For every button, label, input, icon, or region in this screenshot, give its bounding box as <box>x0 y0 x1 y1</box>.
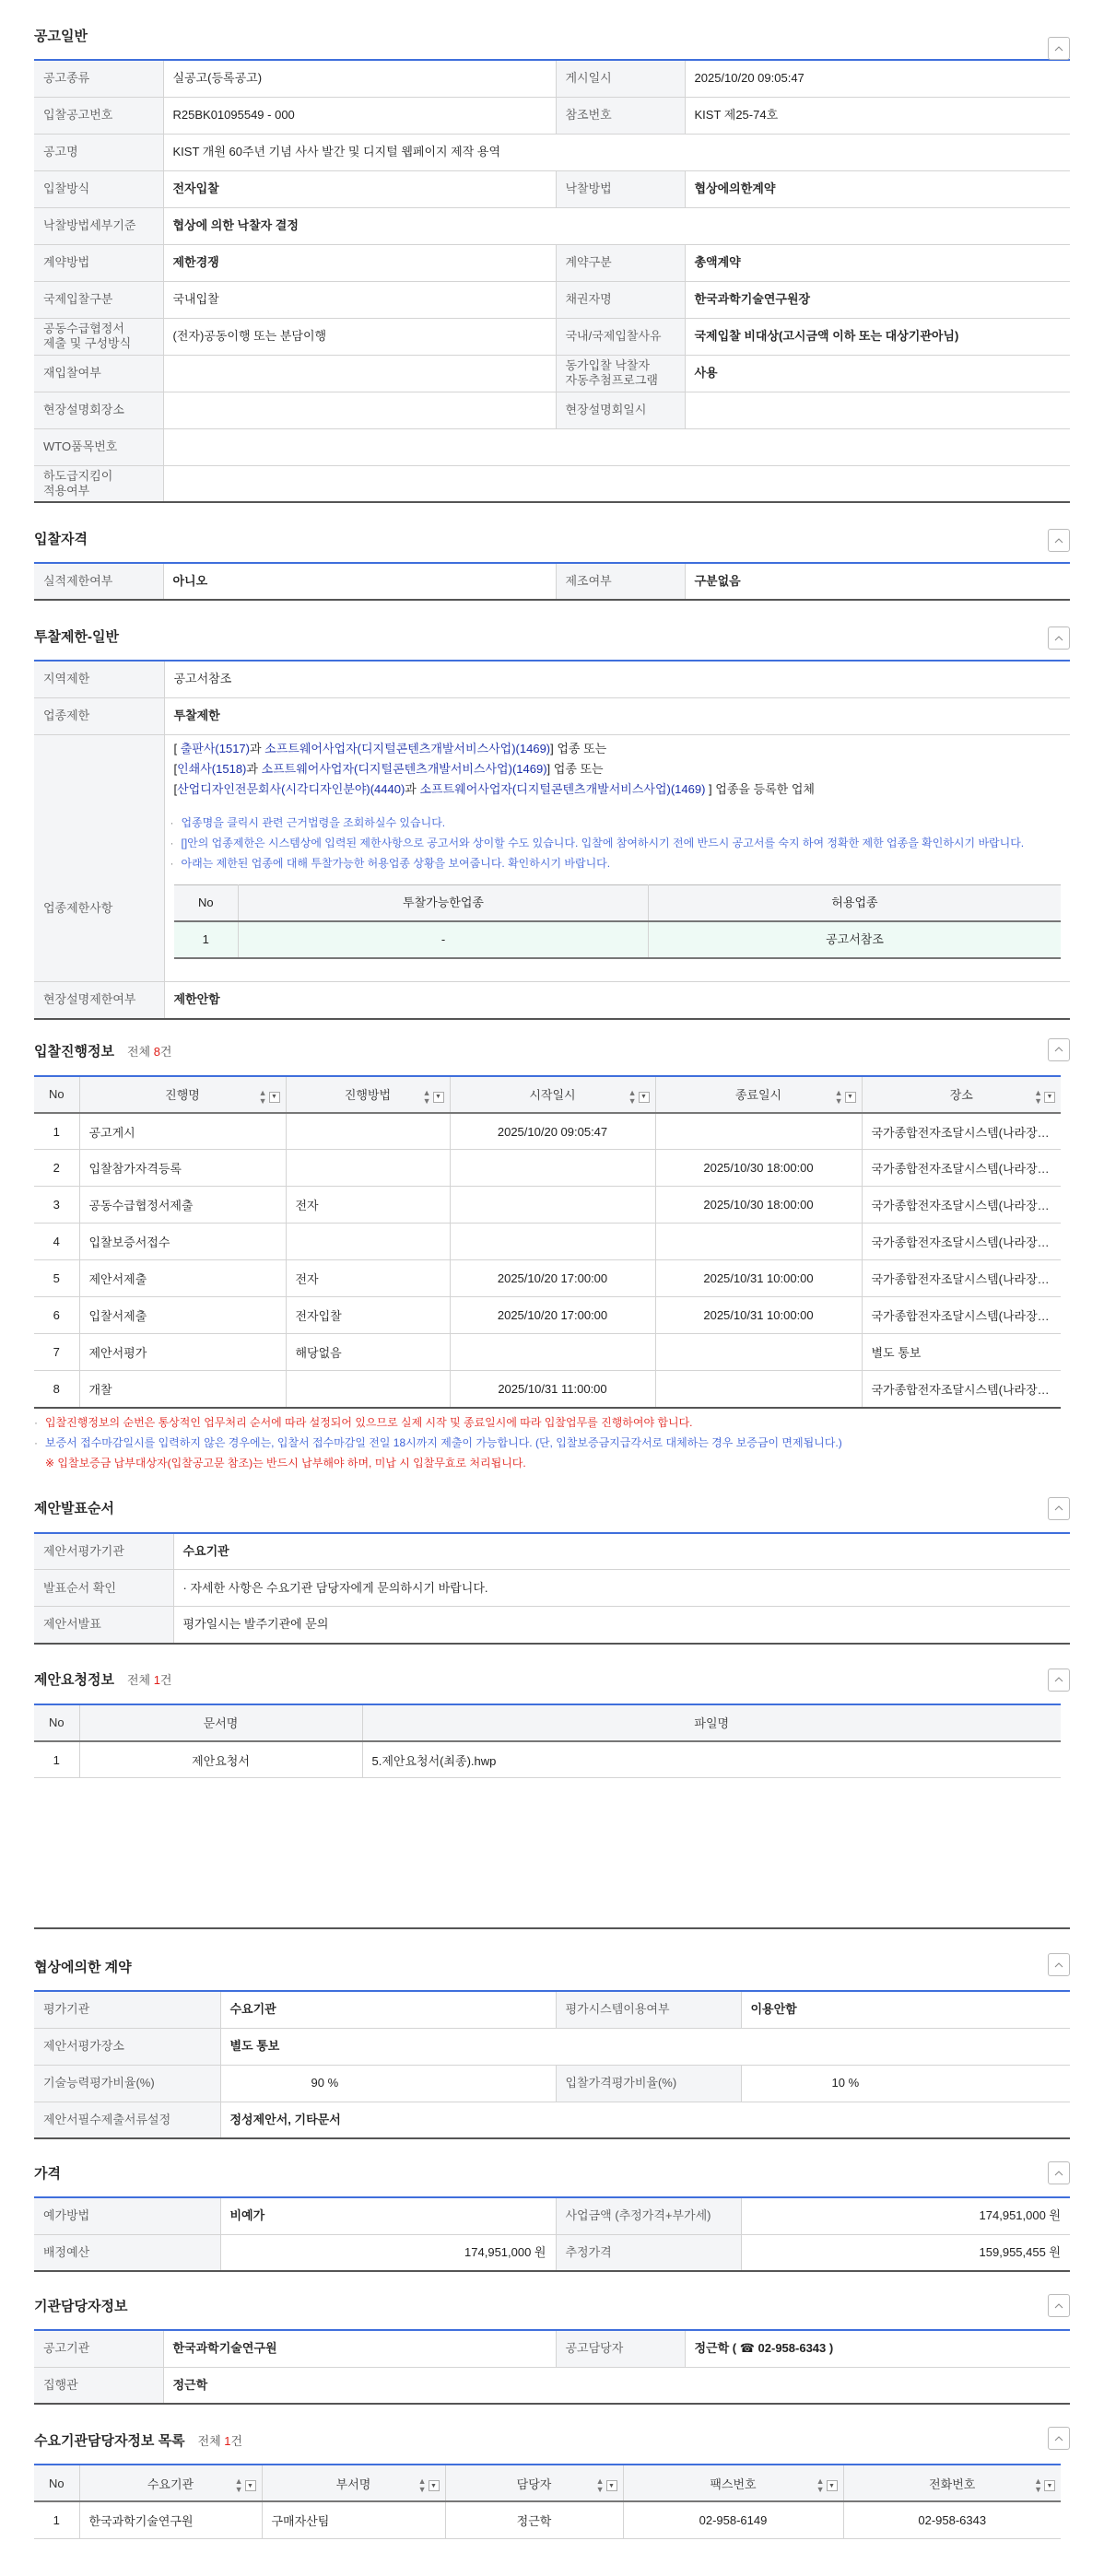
cell-step: 입찰참가자격등록 <box>79 1150 286 1187</box>
cell-allowed-industry: 공고서참조 <box>649 921 1062 958</box>
cell-end: 2025/10/30 18:00:00 <box>655 1150 862 1187</box>
bid-notice-detail-page: 공고일반 공고종류 실공고(등록공고) 게시일시 2025/10/20 09:0… <box>0 11 1104 2576</box>
sort-arrows-icon[interactable]: ▲▼ <box>1034 1089 1042 1106</box>
sort-arrows-icon[interactable]: ▲▼ <box>596 2477 605 2494</box>
filter-dropdown-icon[interactable]: ▼ <box>606 2480 617 2491</box>
filter-dropdown-icon[interactable]: ▼ <box>639 1092 650 1103</box>
section-header-presentation: 제안발표순서 <box>34 1484 1070 1532</box>
cell-place: 국가종합전자조달시스템(나라장… <box>862 1297 1061 1334</box>
cell-no: 4 <box>34 1224 79 1260</box>
manufacturing-value: 구분없음 <box>685 563 1070 600</box>
table-row[interactable]: 2입찰참가자격등록2025/10/30 18:00:00국가종합전자조달시스템(… <box>34 1150 1061 1187</box>
table-row: 1 - 공고서참조 <box>174 921 1062 958</box>
table-row: 1 한국과학기술연구원 구매자산팀 정근학 02-958-6149 02-958… <box>34 2501 1061 2538</box>
cell-end <box>655 1113 862 1150</box>
filter-dropdown-icon[interactable]: ▼ <box>429 2480 440 2491</box>
column-header: 허용업종 <box>649 884 1062 921</box>
label: 계약구분 <box>556 244 685 281</box>
note-item: 아래는 제한된 업종에 대해 투찰가능한 허용업종 상황을 보여줍니다. 확인하… <box>174 853 1062 873</box>
presentation-table: 제안서평가기관 수요기관 발표순서 확인 · 자세한 사항은 수요기관 담당자에… <box>34 1532 1070 1645</box>
label: 게시일시 <box>556 60 685 97</box>
section-title: 가격 <box>34 2163 61 2183</box>
cell-end <box>655 1371 862 1408</box>
order-check-value: · 자세한 사항은 수요기관 담당자에게 문의하시기 바랍니다. <box>173 1570 1070 1607</box>
empty-area <box>34 1778 1070 1929</box>
project-amount-value: 174,951,000 원 <box>741 2197 1070 2234</box>
label: 국제입찰구분 <box>34 281 163 318</box>
restriction-line: [산업디자인전문회사(시각디자인분야)(4440)과 소프트웨어사업자(디지털콘… <box>174 779 1062 800</box>
intl-bid-type-value: 국내입찰 <box>163 281 556 318</box>
column-header-phone[interactable]: 전화번호▲▼▼ <box>843 2465 1061 2501</box>
chevron-up-icon <box>1054 538 1063 544</box>
cell-no: 1 <box>34 1741 79 1778</box>
note-item: 업종명을 클릭시 관련 근거법령을 조회하실수 있습니다. <box>174 813 1062 833</box>
collapse-toggle-button[interactable] <box>1048 1497 1070 1520</box>
cell-contact: 정근학 <box>445 2501 623 2538</box>
label: 현장설명회일시 <box>556 392 685 428</box>
budget-value: 174,951,000 원 <box>220 2234 556 2271</box>
cell-step: 입찰보증서접수 <box>79 1224 286 1260</box>
cell-step: 공고게시 <box>79 1113 286 1150</box>
posted-at-value: 2025/10/20 09:05:47 <box>685 60 1070 97</box>
qualification-table: 실적제한여부 아니오 제조여부 구분없음 <box>34 562 1070 601</box>
cell-start: 2025/10/20 17:00:00 <box>450 1260 655 1297</box>
cell-end: 2025/10/30 18:00:00 <box>655 1187 862 1224</box>
general-info-table: 공고종류 실공고(등록공고) 게시일시 2025/10/20 09:05:47 … <box>34 59 1070 503</box>
section-header-restriction: 투찰제한-일반 <box>34 612 1070 660</box>
column-header: 투찰가능한업종 <box>239 884 649 921</box>
label: 제안서발표 <box>34 1607 173 1644</box>
table-row[interactable]: 6입찰서제출전자입찰2025/10/20 17:00:002025/10/31 … <box>34 1297 1061 1334</box>
evaluator-value: 수요기관 <box>220 1991 556 2028</box>
evaluator-value: 수요기관 <box>173 1533 1070 1570</box>
contract-type-value: 총액계약 <box>685 244 1070 281</box>
rfp-table: No 문서명 파일명 1 제안요청서 5.제안요청서(최종).hwp <box>34 1704 1061 1779</box>
restriction-notes: 업종명을 클릭시 관련 근거법령을 조회하실수 있습니다. []안의 업종제한은… <box>174 813 1062 873</box>
section-header-agency-contact: 기관담당자정보 <box>34 2281 1070 2329</box>
agency-value: 한국과학기술연구원 <box>163 2330 556 2367</box>
label: 기술능력평가비율(%) <box>34 2065 220 2102</box>
eval-system-value: 이용안함 <box>741 1991 1070 2028</box>
section-title: 입찰진행정보 <box>34 1041 114 1060</box>
collapse-toggle-button[interactable] <box>1048 626 1070 650</box>
column-header-no: No <box>34 2465 79 2501</box>
collapse-toggle-button[interactable] <box>1048 2294 1070 2317</box>
agency-contact-table: 공고기관 한국과학기술연구원 공고담당자 정근학 ( ☎ 02-958-6343… <box>34 2329 1070 2405</box>
executor-value: 정근학 <box>163 2367 1070 2404</box>
label: 공고명 <box>34 134 163 170</box>
column-header-place[interactable]: 장소▲▼▼ <box>862 1076 1061 1113</box>
industry-link[interactable]: 소프트웨어사업자(디지털콘텐츠개발서비스사업)(1469) <box>264 742 550 755</box>
collapse-toggle-button[interactable] <box>1048 2427 1070 2450</box>
required-docs-value: 정성제안서, 기타문서 <box>220 2102 1070 2138</box>
cell-place: 국가종합전자조달시스템(나라장… <box>862 1150 1061 1187</box>
section-title: 투찰제한-일반 <box>34 626 119 646</box>
table-row[interactable]: 7제안서평가해당없음별도 통보 <box>34 1334 1061 1371</box>
intl-reason-value: 국제입찰 비대상(고시금액 이하 또는 대상기관아님) <box>685 318 1070 355</box>
label: 평가시스템이용여부 <box>556 1991 741 2028</box>
sort-arrows-icon[interactable]: ▲▼ <box>423 1089 431 1106</box>
label: 계약방법 <box>34 244 163 281</box>
label: 발표순서 확인 <box>34 1570 173 1607</box>
notice-red: 입찰진행정보의 순번은 통상적인 업무처리 순서에 따라 설정되어 있으므로 실… <box>34 1412 1070 1433</box>
collapse-toggle-button[interactable] <box>1048 1953 1070 1976</box>
progress-notices: 입찰진행정보의 순번은 통상적인 업무처리 순서에 따라 설정되어 있으므로 실… <box>34 1412 1070 1473</box>
section-title: 공고일반 <box>34 26 88 45</box>
cell-method: 전자입찰 <box>286 1297 450 1334</box>
cell-method <box>286 1224 450 1260</box>
cell-method: 해당없음 <box>286 1334 450 1371</box>
section-title: 기관담당자정보 <box>34 2296 127 2315</box>
label: 낙찰방법세부기준 <box>34 207 163 244</box>
section-title: 제안요청정보 <box>34 1669 114 1689</box>
allowed-industry-table: No 투찰가능한업종 허용업종 1 - 공고서참조 <box>174 884 1062 960</box>
label: 재입찰여부 <box>34 355 163 392</box>
label: 현장설명제한여부 <box>34 982 164 1019</box>
cell-end <box>655 1334 862 1371</box>
sort-arrows-icon[interactable]: ▲▼ <box>628 1089 637 1106</box>
industry-link[interactable]: 출판사(1517) <box>181 742 250 755</box>
cell-place: 국가종합전자조달시스템(나라장… <box>862 1371 1061 1408</box>
label: 실적제한여부 <box>34 563 163 600</box>
label: 현장설명회장소 <box>34 392 163 428</box>
label: 공고담당자 <box>556 2330 685 2367</box>
section-header-demand-contacts: 수요기관담당자정보 목록 전체 1건 <box>34 2416 1070 2464</box>
cell-place: 국가종합전자조달시스템(나라장… <box>862 1187 1061 1224</box>
cell-step: 입찰서제출 <box>79 1297 286 1334</box>
cell-biddable-industry: - <box>239 921 649 958</box>
column-header-no: No <box>34 1704 79 1741</box>
restriction-line: [ 출판사(1517)과 소프트웨어사업자(디지털콘텐츠개발서비스사업)(146… <box>174 739 1062 759</box>
collapse-toggle-button[interactable] <box>1048 37 1070 60</box>
column-header-fax[interactable]: 팩스번호▲▼▼ <box>623 2465 843 2501</box>
cell-start: 2025/10/20 17:00:00 <box>450 1297 655 1334</box>
label: 공고기관 <box>34 2330 163 2367</box>
table-row[interactable]: 4입찰보증서접수국가종합전자조달시스템(나라장… <box>34 1224 1061 1260</box>
label: 집행관 <box>34 2367 163 2404</box>
sort-arrows-icon[interactable]: ▲▼ <box>1034 2477 1042 2494</box>
cell-start <box>450 1334 655 1371</box>
label: 채권자명 <box>556 281 685 318</box>
cell-no: 1 <box>34 1113 79 1150</box>
cell-department: 구매자산팀 <box>262 2501 445 2538</box>
label: WTO품목번호 <box>34 428 163 465</box>
label: 제안서평가기관 <box>34 1533 173 1570</box>
collapse-toggle-button[interactable] <box>1048 1038 1070 1061</box>
label: 추정가격 <box>556 2234 741 2271</box>
cell-no: 5 <box>34 1260 79 1297</box>
section-title: 입찰자격 <box>34 529 88 548</box>
label: 사업금액 (추정가격+부가세) <box>556 2197 741 2234</box>
label: 업종제한 <box>34 697 164 734</box>
column-header-no: No <box>34 1076 79 1113</box>
cell-place: 국가종합전자조달시스템(나라장… <box>862 1113 1061 1150</box>
section-header-price: 가격 <box>34 2149 1070 2196</box>
table-row[interactable]: 1공고게시2025/10/20 09:05:47국가종합전자조달시스템(나라장… <box>34 1113 1061 1150</box>
cell-start <box>450 1187 655 1224</box>
site-briefing-time-value <box>685 392 1070 428</box>
sort-arrows-icon[interactable]: ▲▼ <box>235 2477 243 2494</box>
cell-step: 제안서평가 <box>79 1334 286 1371</box>
notice-blue: 보증서 접수마감일시를 입력하지 않은 경우에는, 입찰서 접수마감일 전일 1… <box>34 1433 1070 1453</box>
label: 입찰공고번호 <box>34 97 163 134</box>
column-header-file-name: 파일명 <box>362 1704 1061 1741</box>
cell-end: 2025/10/31 10:00:00 <box>655 1260 862 1297</box>
section-title: 협상에의한 계약 <box>34 1957 132 1976</box>
estimated-price-value: 159,955,455 원 <box>741 2234 1070 2271</box>
chevron-up-icon <box>1054 2303 1063 2309</box>
sort-arrows-icon[interactable]: ▲▼ <box>259 1089 267 1106</box>
industry-detail-cell: [ 출판사(1517)과 소프트웨어사업자(디지털콘텐츠개발서비스사업)(146… <box>164 734 1070 982</box>
cell-place: 별도 통보 <box>862 1334 1061 1371</box>
wto-item-value <box>163 428 1070 465</box>
cell-end: 2025/10/31 10:00:00 <box>655 1297 862 1334</box>
cell-step: 개찰 <box>79 1371 286 1408</box>
industry-link[interactable]: 인쇄사(1518) <box>177 762 246 776</box>
award-method-value: 협상에의한계약 <box>685 170 1070 207</box>
bid-method-value: 전자입찰 <box>163 170 556 207</box>
subcontract-value <box>163 465 1070 502</box>
filter-dropdown-icon[interactable]: ▼ <box>433 1092 444 1103</box>
price-table: 예가방법 비예가 사업금액 (추정가격+부가세) 174,951,000 원 배… <box>34 2196 1070 2272</box>
cell-end <box>655 1224 862 1260</box>
label: 입찰가격평가비율(%) <box>556 2065 741 2102</box>
cell-fax: 02-958-6149 <box>623 2501 843 2538</box>
label: 하도급지킴이 적용여부 <box>34 465 163 502</box>
chevron-up-icon <box>1054 1505 1063 1511</box>
cell-start: 2025/10/31 11:00:00 <box>450 1371 655 1408</box>
label: 예가방법 <box>34 2197 220 2234</box>
filter-dropdown-icon[interactable]: ▼ <box>245 2480 256 2491</box>
industry-link[interactable]: 소프트웨어사업자(디지털콘텐츠개발서비스사업)(1469) <box>419 782 705 796</box>
eval-place-value: 별도 통보 <box>220 2028 1070 2065</box>
table-row[interactable]: 3공동수급협정서제출전자2025/10/30 18:00:00국가종합전자조달시… <box>34 1187 1061 1224</box>
filter-dropdown-icon[interactable]: ▼ <box>269 1092 280 1103</box>
industry-link[interactable]: 산업디자인전문회사(시각디자인분야)(4440) <box>177 782 405 796</box>
bid-progress-table: No 진행명▲▼▼ 진행방법▲▼▼ 시작일시▲▼▼ 종료일시▲▼▼ 장소▲▼▼ … <box>34 1075 1061 1409</box>
notice-name-value: KIST 개원 60주년 기념 사사 발간 및 디지털 웹페이지 제작 용역 <box>163 134 1070 170</box>
section-header-negotiation: 협상에의한 계약 <box>34 1942 1070 1990</box>
restriction-table: 지역제한 공고서참조 업종제한 투찰제한 업종제한사항 [ 출판사(1517)과… <box>34 660 1070 1020</box>
sort-arrows-icon[interactable]: ▲▼ <box>835 1089 843 1106</box>
chevron-up-icon <box>1054 636 1063 641</box>
reference-number-value: KIST 제25-74호 <box>685 97 1070 134</box>
joint-supply-value: (전자)공동이행 또는 분담이행 <box>163 318 556 355</box>
cell-start <box>450 1150 655 1187</box>
collapse-toggle-button[interactable] <box>1048 1669 1070 1692</box>
cell-method <box>286 1113 450 1150</box>
table-row[interactable]: 5제안서제출전자2025/10/20 17:00:002025/10/31 10… <box>34 1260 1061 1297</box>
restriction-line: [인쇄사(1518)과 소프트웨어사업자(디지털콘텐츠개발서비스사업)(1469… <box>174 759 1062 779</box>
cell-method <box>286 1150 450 1187</box>
cell-method <box>286 1371 450 1408</box>
industry-restriction-lines: [ 출판사(1517)과 소프트웨어사업자(디지털콘텐츠개발서비스사업)(146… <box>174 739 1062 800</box>
cell-step: 제안서제출 <box>79 1260 286 1297</box>
column-header-contact[interactable]: 담당자▲▼▼ <box>445 2465 623 2501</box>
cell-no: 6 <box>34 1297 79 1334</box>
chevron-up-icon <box>1054 46 1063 52</box>
notice-type-value: 실공고(등록공고) <box>163 60 556 97</box>
cell-doc-name: 제안요청서 <box>79 1741 362 1778</box>
collapse-toggle-button[interactable] <box>1048 2161 1070 2184</box>
table-row[interactable]: 8개찰2025/10/31 11:00:00국가종합전자조달시스템(나라장… <box>34 1371 1061 1408</box>
label: 제안서평가장소 <box>34 2028 220 2065</box>
section-title: 제안발표순서 <box>34 1498 114 1517</box>
column-header: No <box>174 884 239 921</box>
column-header-doc-name: 문서명 <box>79 1704 362 1741</box>
site-limit-value: 제한안함 <box>164 982 1070 1019</box>
site-briefing-place-value <box>163 392 556 428</box>
tech-ratio-value: 90 % <box>220 2065 556 2102</box>
cell-step: 공동수급협정서제출 <box>79 1187 286 1224</box>
cell-method: 전자 <box>286 1187 450 1224</box>
filter-dropdown-icon[interactable]: ▼ <box>827 2480 838 2491</box>
label: 업종제한사항 <box>34 734 164 982</box>
label: 국내/국제입찰사유 <box>556 318 685 355</box>
column-header-end[interactable]: 종료일시▲▼▼ <box>655 1076 862 1113</box>
contract-method-value: 제한경쟁 <box>163 244 556 281</box>
chevron-up-icon <box>1054 1047 1063 1052</box>
note-item: []안의 업종제한은 시스템상에 입력된 제한사항으로 공고서와 상이할 수도 … <box>174 833 1062 853</box>
column-header-step[interactable]: 진행명▲▼▼ <box>79 1076 286 1113</box>
column-header-start[interactable]: 시작일시▲▼▼ <box>450 1076 655 1113</box>
chevron-up-icon <box>1054 2436 1063 2441</box>
total-count: 전체 8건 <box>127 1042 172 1060</box>
sort-arrows-icon[interactable]: ▲▼ <box>816 2477 825 2494</box>
price-ratio-value: 10 % <box>741 2065 1070 2102</box>
chevron-up-icon <box>1054 1962 1063 1968</box>
total-count: 전체 1건 <box>198 2431 243 2449</box>
label: 입찰방식 <box>34 170 163 207</box>
demand-contacts-table: No 수요기관▲▼▼ 부서명▲▼▼ 담당자▲▼▼ 팩스번호▲▼▼ 전화번호▲▼▼… <box>34 2464 1061 2539</box>
negotiation-table: 평가기관 수요기관 평가시스템이용여부 이용안함 제안서평가장소 별도 통보 기… <box>34 1990 1070 2139</box>
award-detail-value: 협상에 의한 낙찰자 결정 <box>163 207 1070 244</box>
column-header-department[interactable]: 부서명▲▼▼ <box>262 2465 445 2501</box>
file-link[interactable]: 5.제안요청서(최종).hwp <box>362 1741 1061 1778</box>
label: 제조여부 <box>556 563 685 600</box>
creditor-value: 한국과학기술연구원장 <box>685 281 1070 318</box>
presentation-value: 평가일시는 발주기관에 문의 <box>173 1607 1070 1644</box>
cell-no: 3 <box>34 1187 79 1224</box>
cell-no: 1 <box>174 921 239 958</box>
section-header-qualification: 입찰자격 <box>34 514 1070 562</box>
collapse-toggle-button[interactable] <box>1048 529 1070 552</box>
filter-dropdown-icon[interactable]: ▼ <box>1044 1092 1055 1103</box>
cell-place: 국가종합전자조달시스템(나라장… <box>862 1224 1061 1260</box>
cell-no: 1 <box>34 2501 79 2538</box>
estimate-method-value: 비예가 <box>220 2197 556 2234</box>
cell-no: 7 <box>34 1334 79 1371</box>
label: 배정예산 <box>34 2234 220 2271</box>
chevron-up-icon <box>1054 1677 1063 1682</box>
label: 공동수급협정서 제출 및 구성방식 <box>34 318 163 355</box>
cell-start <box>450 1224 655 1260</box>
notice-red: ※ 입찰보증금 납부대상자(입찰공고문 참조)는 반드시 납부해야 하며, 미납… <box>34 1453 1070 1473</box>
industry-link[interactable]: 소프트웨어사업자(디지털콘텐츠개발서비스사업)(1469) <box>262 762 547 776</box>
table-row: 1 제안요청서 5.제안요청서(최종).hwp <box>34 1741 1061 1778</box>
filter-dropdown-icon[interactable]: ▼ <box>1044 2480 1055 2491</box>
filter-dropdown-icon[interactable]: ▼ <box>845 1092 856 1103</box>
cell-no: 2 <box>34 1150 79 1187</box>
total-count: 전체 1건 <box>127 1670 172 1688</box>
cell-agency: 한국과학기술연구원 <box>79 2501 262 2538</box>
label: 제안서필수제출서류설정 <box>34 2102 220 2138</box>
region-limit-value: 공고서참조 <box>164 661 1070 697</box>
label: 공고종류 <box>34 60 163 97</box>
cell-method: 전자 <box>286 1260 450 1297</box>
bid-number-value: R25BK01095549 - 000 <box>163 97 556 134</box>
cell-place: 국가종합전자조달시스템(나라장… <box>862 1260 1061 1297</box>
industry-limit-value: 투찰제한 <box>164 697 1070 734</box>
rebid-value <box>163 355 556 392</box>
performance-limit-value: 아니오 <box>163 563 556 600</box>
cell-no: 8 <box>34 1371 79 1408</box>
column-header-agency[interactable]: 수요기관▲▼▼ <box>79 2465 262 2501</box>
cell-start: 2025/10/20 09:05:47 <box>450 1113 655 1150</box>
section-title: 수요기관담당자정보 목록 <box>34 2430 185 2450</box>
cell-phone: 02-958-6343 <box>843 2501 1061 2538</box>
section-header-general: 공고일반 <box>34 11 1070 59</box>
section-header-rfp: 제안요청정보 전체 1건 <box>34 1656 1070 1704</box>
label: 참조번호 <box>556 97 685 134</box>
section-header-progress: 입찰진행정보 전체 8건 <box>34 1027 1070 1075</box>
auto-lottery-value: 사용 <box>685 355 1070 392</box>
officer-value: 정근학 ( ☎ 02-958-6343 ) <box>685 2330 1070 2367</box>
sort-arrows-icon[interactable]: ▲▼ <box>418 2477 427 2494</box>
label: 지역제한 <box>34 661 164 697</box>
label: 동가입찰 낙찰자 자동추첨프로그램 <box>556 355 685 392</box>
label: 낙찰방법 <box>556 170 685 207</box>
label: 평가기관 <box>34 1991 220 2028</box>
column-header-method[interactable]: 진행방법▲▼▼ <box>286 1076 450 1113</box>
chevron-up-icon <box>1054 2171 1063 2176</box>
